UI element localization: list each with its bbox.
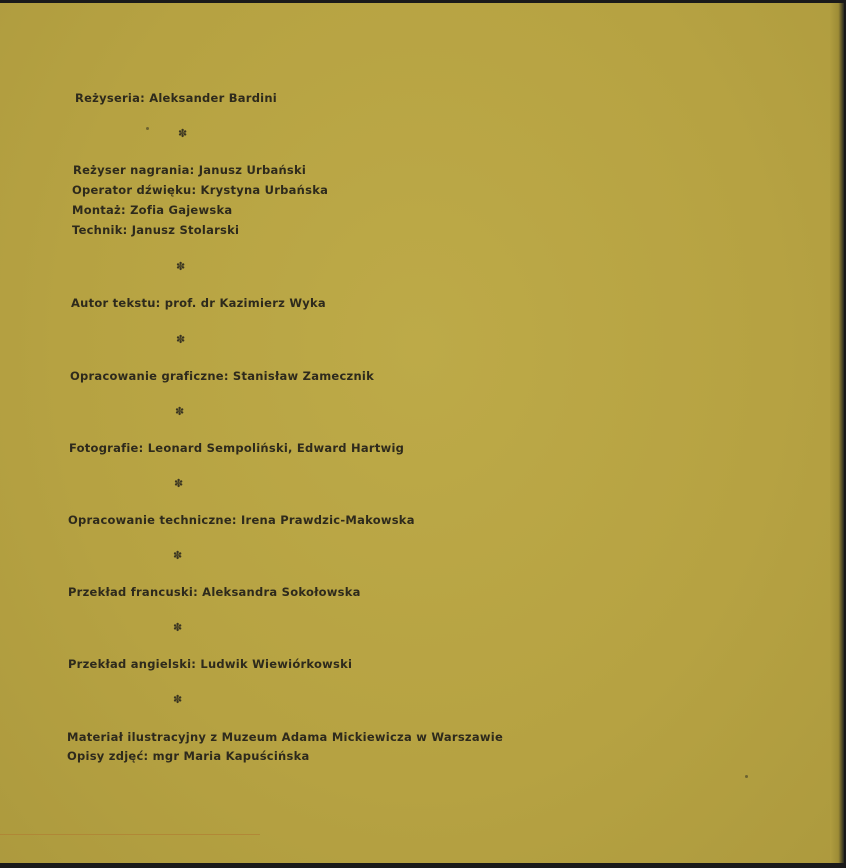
credit-text-author: Autor tekstu: prof. dr Kazimierz Wyka xyxy=(71,296,326,310)
separator-icon: ✽ xyxy=(173,693,182,706)
page-crease xyxy=(0,834,260,835)
separator-icon: ✽ xyxy=(178,127,187,140)
paper-speck xyxy=(146,127,149,130)
paper-speck xyxy=(745,775,748,778)
separator-icon: ✽ xyxy=(174,477,183,490)
credit-photo-captions: Opisy zdjęć: mgr Maria Kapuścińska xyxy=(67,749,310,763)
page-edge xyxy=(830,3,844,863)
credit-photography: Fotografie: Leonard Sempoliński, Edward … xyxy=(69,441,404,455)
credit-english-translation: Przekład angielski: Ludwik Wiewiórkowski xyxy=(68,657,352,671)
credit-technical-preparation: Opracowanie techniczne: Irena Prawdzic-M… xyxy=(68,513,415,527)
booklet-page: Reżyseria: Aleksander Bardini ✽ Reżyser … xyxy=(0,3,840,863)
separator-icon: ✽ xyxy=(173,621,182,634)
credit-direction: Reżyseria: Aleksander Bardini xyxy=(75,91,277,105)
separator-icon: ✽ xyxy=(176,333,185,346)
credit-french-translation: Przekład francuski: Aleksandra Sokołowsk… xyxy=(68,585,361,599)
credit-editing: Montaż: Zofia Gajewska xyxy=(72,203,232,217)
separator-icon: ✽ xyxy=(173,549,182,562)
credit-sound-operator: Operator dźwięku: Krystyna Urbańska xyxy=(72,183,328,197)
credit-technician: Technik: Janusz Stolarski xyxy=(72,223,239,237)
credit-illustration-source: Materiał ilustracyjny z Muzeum Adama Mic… xyxy=(67,730,503,744)
credit-recording-director: Reżyser nagrania: Janusz Urbański xyxy=(73,163,306,177)
credit-graphic-design: Opracowanie graficzne: Stanisław Zameczn… xyxy=(70,369,374,383)
separator-icon: ✽ xyxy=(175,405,184,418)
separator-icon: ✽ xyxy=(176,260,185,273)
